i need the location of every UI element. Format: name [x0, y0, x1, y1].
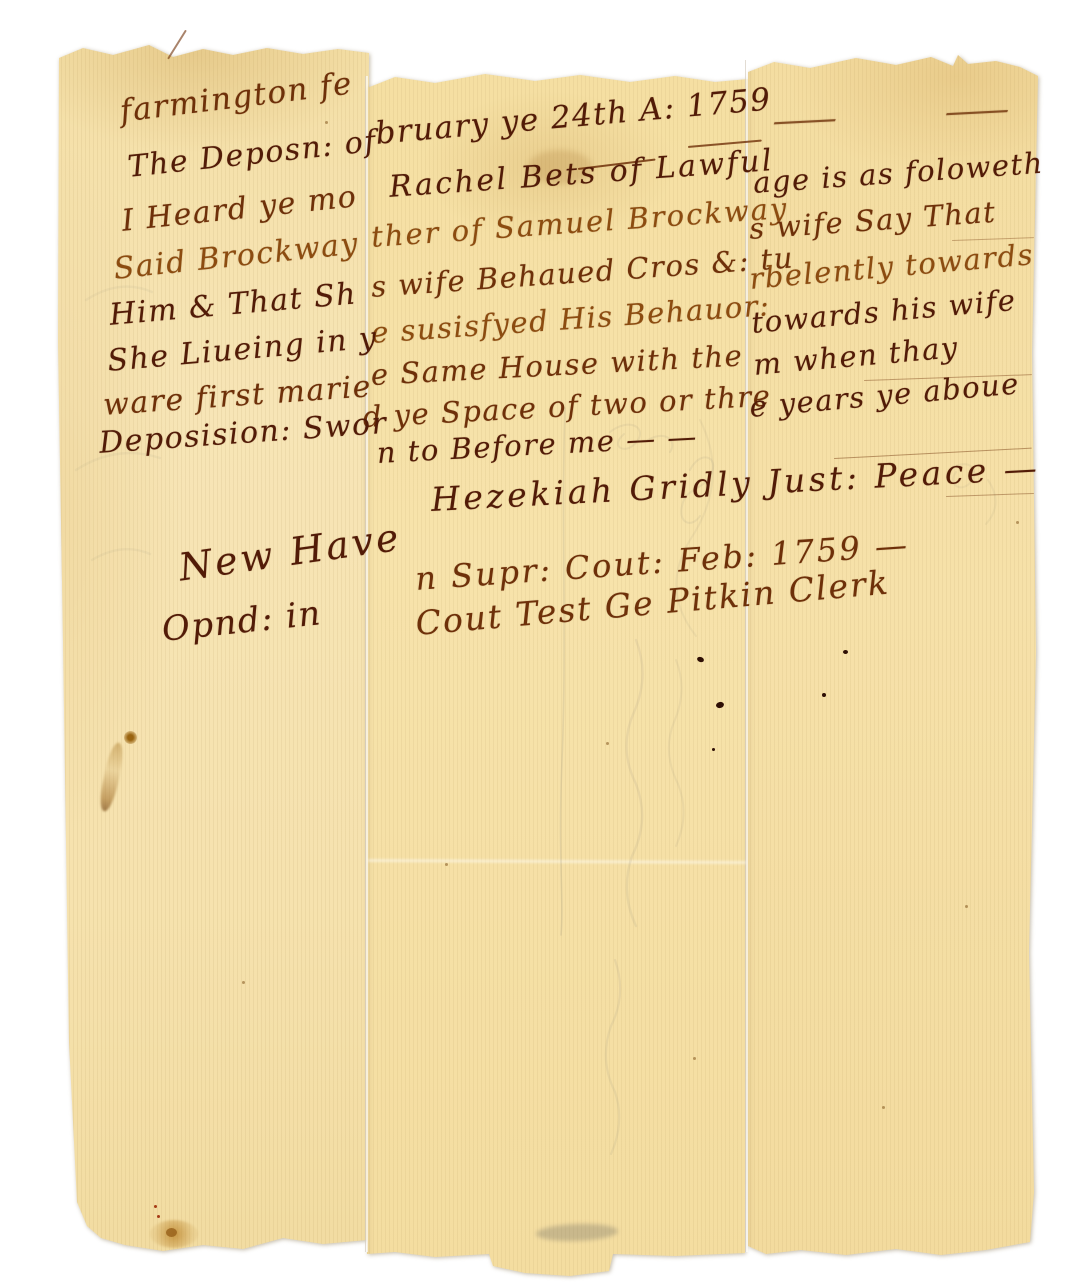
paper-speck: [693, 1057, 696, 1060]
paper-speck: [882, 1106, 885, 1109]
paper-speck: [606, 742, 609, 745]
red-speck-2: [157, 1215, 160, 1218]
paper-speck: [445, 863, 448, 866]
paper-speck: [325, 121, 328, 124]
ink-blot: [822, 693, 826, 697]
ink-blot: [712, 748, 715, 751]
ink-blot: [843, 650, 848, 654]
bottom-left-stain-center: [166, 1228, 177, 1237]
paper-speck: [1016, 521, 1019, 524]
paper-speck: [242, 981, 245, 984]
document-scan: farmington fe bruary ye 24th A: 1759 — —…: [0, 0, 1079, 1288]
ink-stain-head: [124, 731, 137, 744]
paper-speck: [965, 905, 968, 908]
red-speck-1: [154, 1205, 157, 1208]
